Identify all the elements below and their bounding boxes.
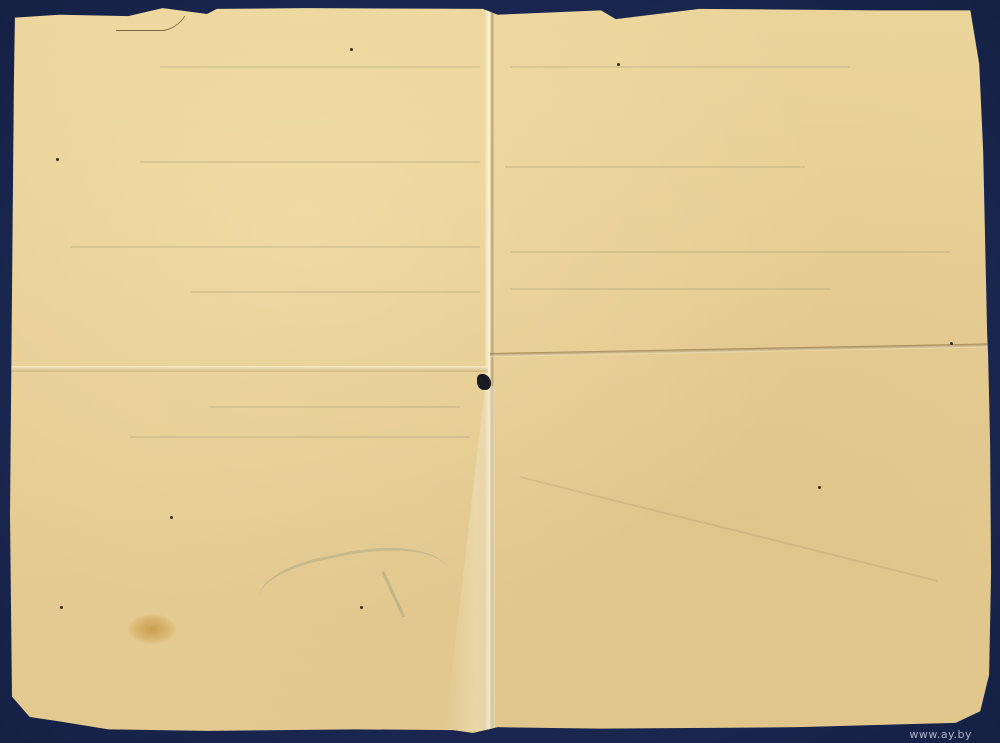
- watermark: www.ay.by: [909, 728, 972, 741]
- horizontal-fold-right: [490, 343, 995, 357]
- top-edge-crack: [116, 16, 186, 31]
- stain-spot: [128, 614, 176, 644]
- speck: [617, 63, 620, 66]
- bleed-through-line: [510, 66, 850, 68]
- speck: [950, 342, 953, 345]
- bleed-through-line: [510, 288, 830, 290]
- center-tear-hole: [477, 374, 491, 390]
- speck: [60, 606, 63, 609]
- bleed-through-line: [505, 166, 805, 168]
- bleed-through-line: [140, 161, 480, 163]
- speck: [350, 48, 353, 51]
- bleed-through-line: [190, 291, 480, 293]
- speck: [818, 486, 821, 489]
- document-paper: [10, 6, 995, 733]
- horizontal-fold-left: [10, 366, 488, 372]
- speck: [360, 606, 363, 609]
- bleed-through-line: [160, 66, 480, 68]
- bleed-through-line: [510, 251, 950, 253]
- bleed-through-line: [210, 406, 460, 408]
- speck: [170, 516, 173, 519]
- speck: [56, 158, 59, 161]
- bleed-through-line: [70, 246, 480, 248]
- diagonal-crease: [520, 476, 938, 582]
- bleed-through-line: [130, 436, 470, 438]
